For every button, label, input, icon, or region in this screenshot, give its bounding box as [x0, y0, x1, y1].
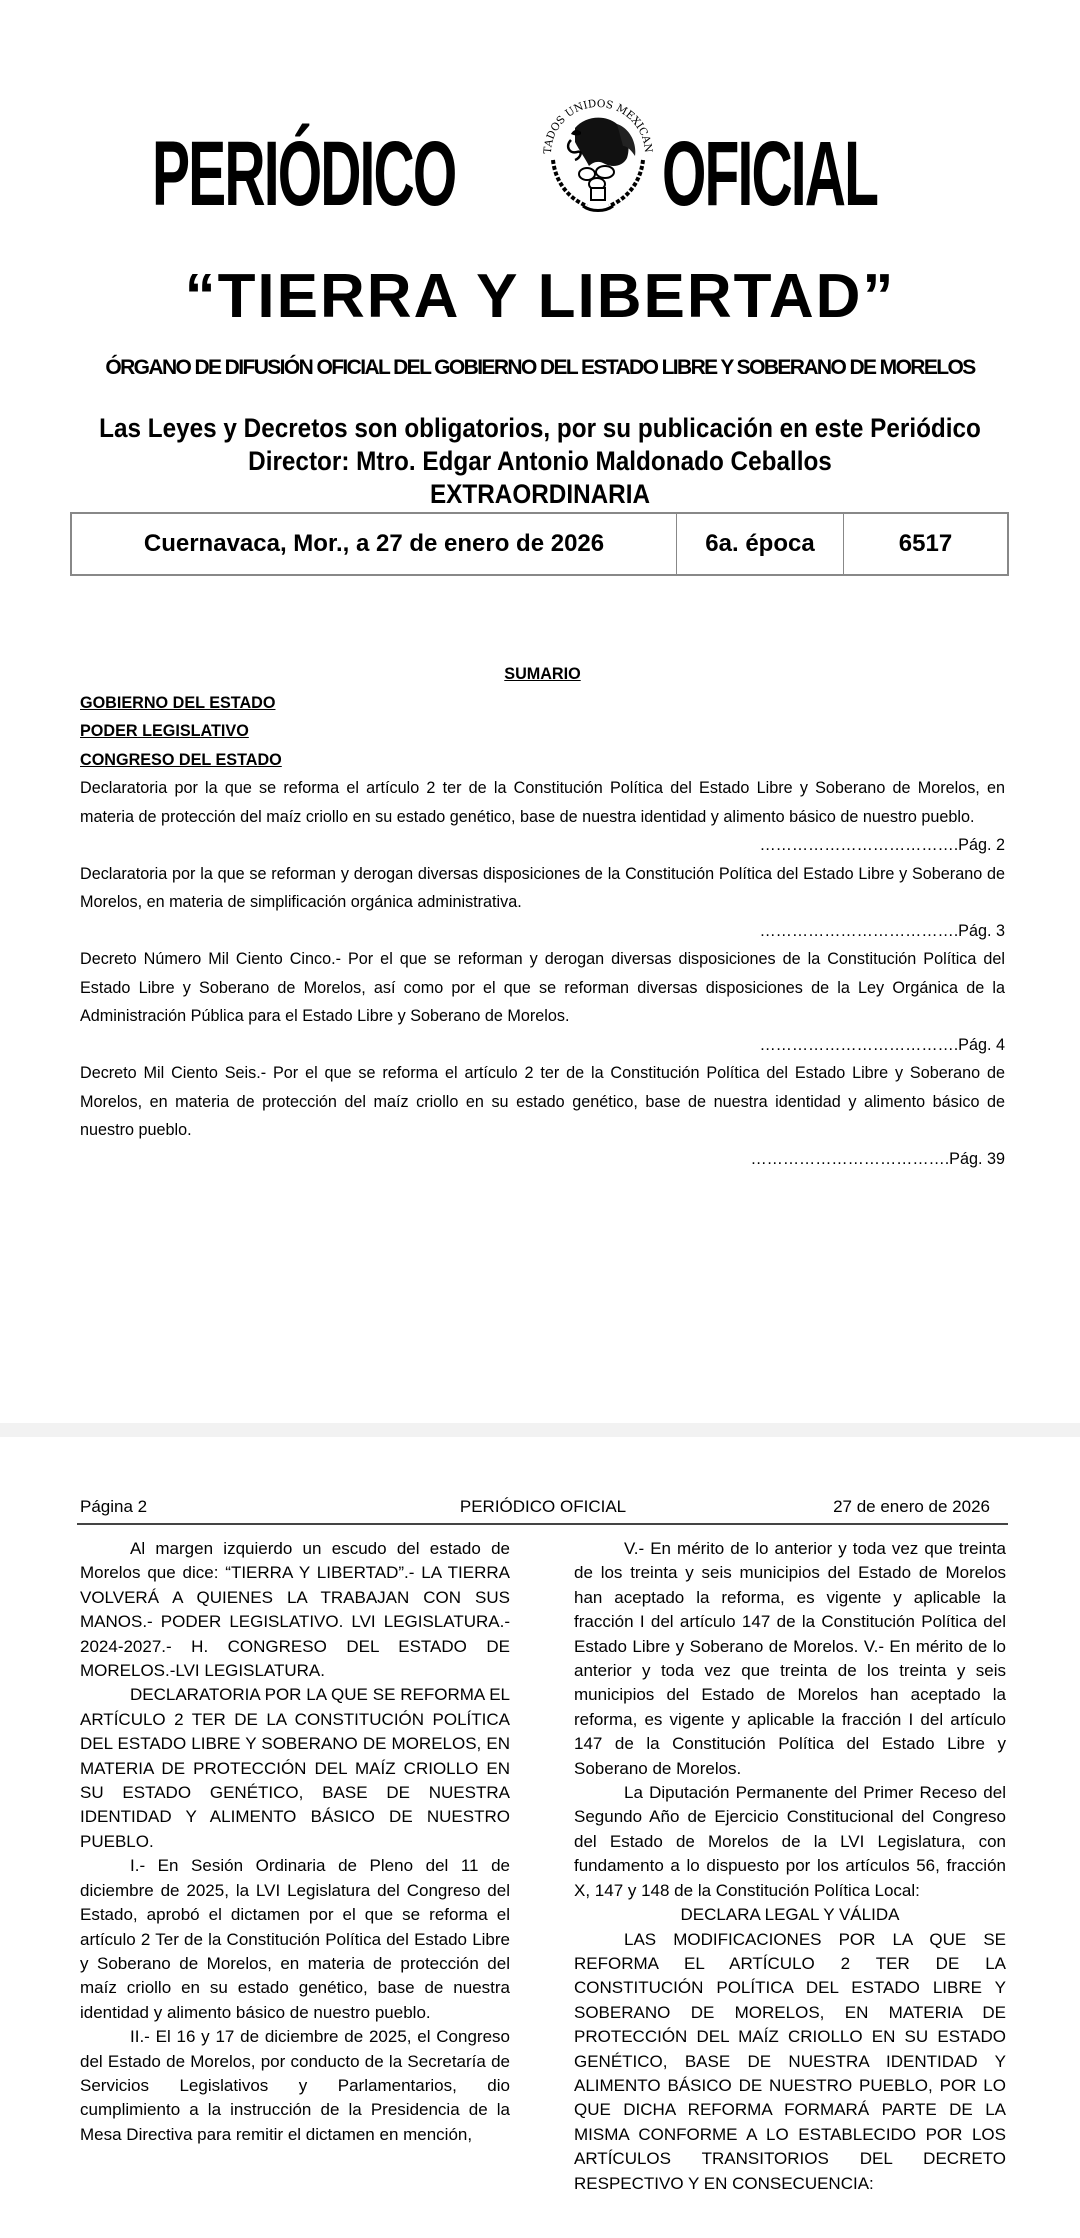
declaration-heading: DECLARA LEGAL Y VÁLIDA [574, 1903, 1006, 1927]
paragraph: V.- En mérito de lo anterior y toda vez … [574, 1537, 1006, 1781]
section-heading: GOBIERNO DEL ESTADO [80, 689, 1005, 718]
sumario-entry[interactable]: Decreto Número Mil Ciento Cinco.- Por el… [80, 945, 1005, 1031]
section-heading: CONGRESO DEL ESTADO [80, 746, 1005, 775]
right-column: V.- En mérito de lo anterior y toda vez … [574, 1537, 1006, 2196]
masthead-title-right: OFICIAL [662, 128, 877, 220]
publication-notice: Las Leyes y Decretos son obligatorios, p… [0, 412, 1080, 511]
sumario-entry[interactable]: Decreto Mil Ciento Seis.- Por el que se … [80, 1059, 1005, 1145]
sumario: SUMARIO GOBIERNO DEL ESTADO PODER LEGISL… [80, 660, 1005, 1173]
paragraph: II.- El 16 y 17 de diciembre de 2025, el… [80, 2025, 510, 2147]
header-rule [77, 1523, 1008, 1525]
national-coat-of-arms-icon: ESTADOS UNIDOS MEXICANOS [535, 88, 661, 218]
paragraph: I.- En Sesión Ordinaria de Pleno del 11 … [80, 1854, 510, 2025]
paragraph: DECLARATORIA POR LA QUE SE REFORMA EL AR… [80, 1683, 510, 1854]
sumario-entry[interactable]: Declaratoria por la que se reforma el ar… [80, 774, 1005, 831]
page-2: Página 2 PERIÓDICO OFICIAL 27 de enero d… [0, 1437, 1080, 2238]
issue-info-table: Cuernavaca, Mor., a 27 de enero de 2026 … [70, 512, 1009, 576]
edition-label: EXTRAORDINARIA [54, 478, 1026, 511]
section-heading: PODER LEGISLATIVO [80, 717, 1005, 746]
masthead: PERIÓDICO ESTADOS UNIDOS MEXICANOS O [0, 88, 1080, 220]
paragraph: LAS MODIFICACIONES POR LA QUE SE REFORMA… [574, 1928, 1006, 2196]
sumario-page-ref[interactable]: ……………………………….Pág. 39 [80, 1145, 1005, 1174]
running-date: 27 de enero de 2026 [833, 1497, 990, 1517]
paragraph: Al margen izquierdo un escudo del estado… [80, 1537, 510, 1683]
page-separator [0, 1423, 1080, 1437]
left-column: Al margen izquierdo un escudo del estado… [80, 1537, 510, 2147]
laws-notice: Las Leyes y Decretos son obligatorios, p… [54, 412, 1026, 445]
sumario-page-ref[interactable]: ……………………………….Pág. 3 [80, 917, 1005, 946]
paragraph: La Diputación Permanente del Primer Rece… [574, 1781, 1006, 1903]
director-line: Director: Mtro. Edgar Antonio Maldonado … [54, 445, 1026, 478]
sumario-page-ref[interactable]: ……………………………….Pág. 4 [80, 1031, 1005, 1060]
place-date-cell: Cuernavaca, Mor., a 27 de enero de 2026 [72, 514, 677, 574]
sumario-page-ref[interactable]: ……………………………….Pág. 2 [80, 831, 1005, 860]
issue-number-cell: 6517 [844, 514, 1007, 574]
organo-subtitle: ÓRGANO DE DIFUSIÓN OFICIAL DEL GOBIERNO … [0, 355, 1080, 381]
epoca-cell: 6a. época [677, 514, 844, 574]
motto: “TIERRA Y LIBERTAD” [0, 262, 1080, 332]
sumario-title: SUMARIO [80, 660, 1005, 689]
running-header: Página 2 PERIÓDICO OFICIAL 27 de enero d… [78, 1497, 1008, 1523]
sumario-entry[interactable]: Declaratoria por la que se reforman y de… [80, 860, 1005, 917]
masthead-title-left: PERIÓDICO [152, 128, 455, 220]
page-1: PERIÓDICO ESTADOS UNIDOS MEXICANOS O [0, 0, 1080, 1423]
